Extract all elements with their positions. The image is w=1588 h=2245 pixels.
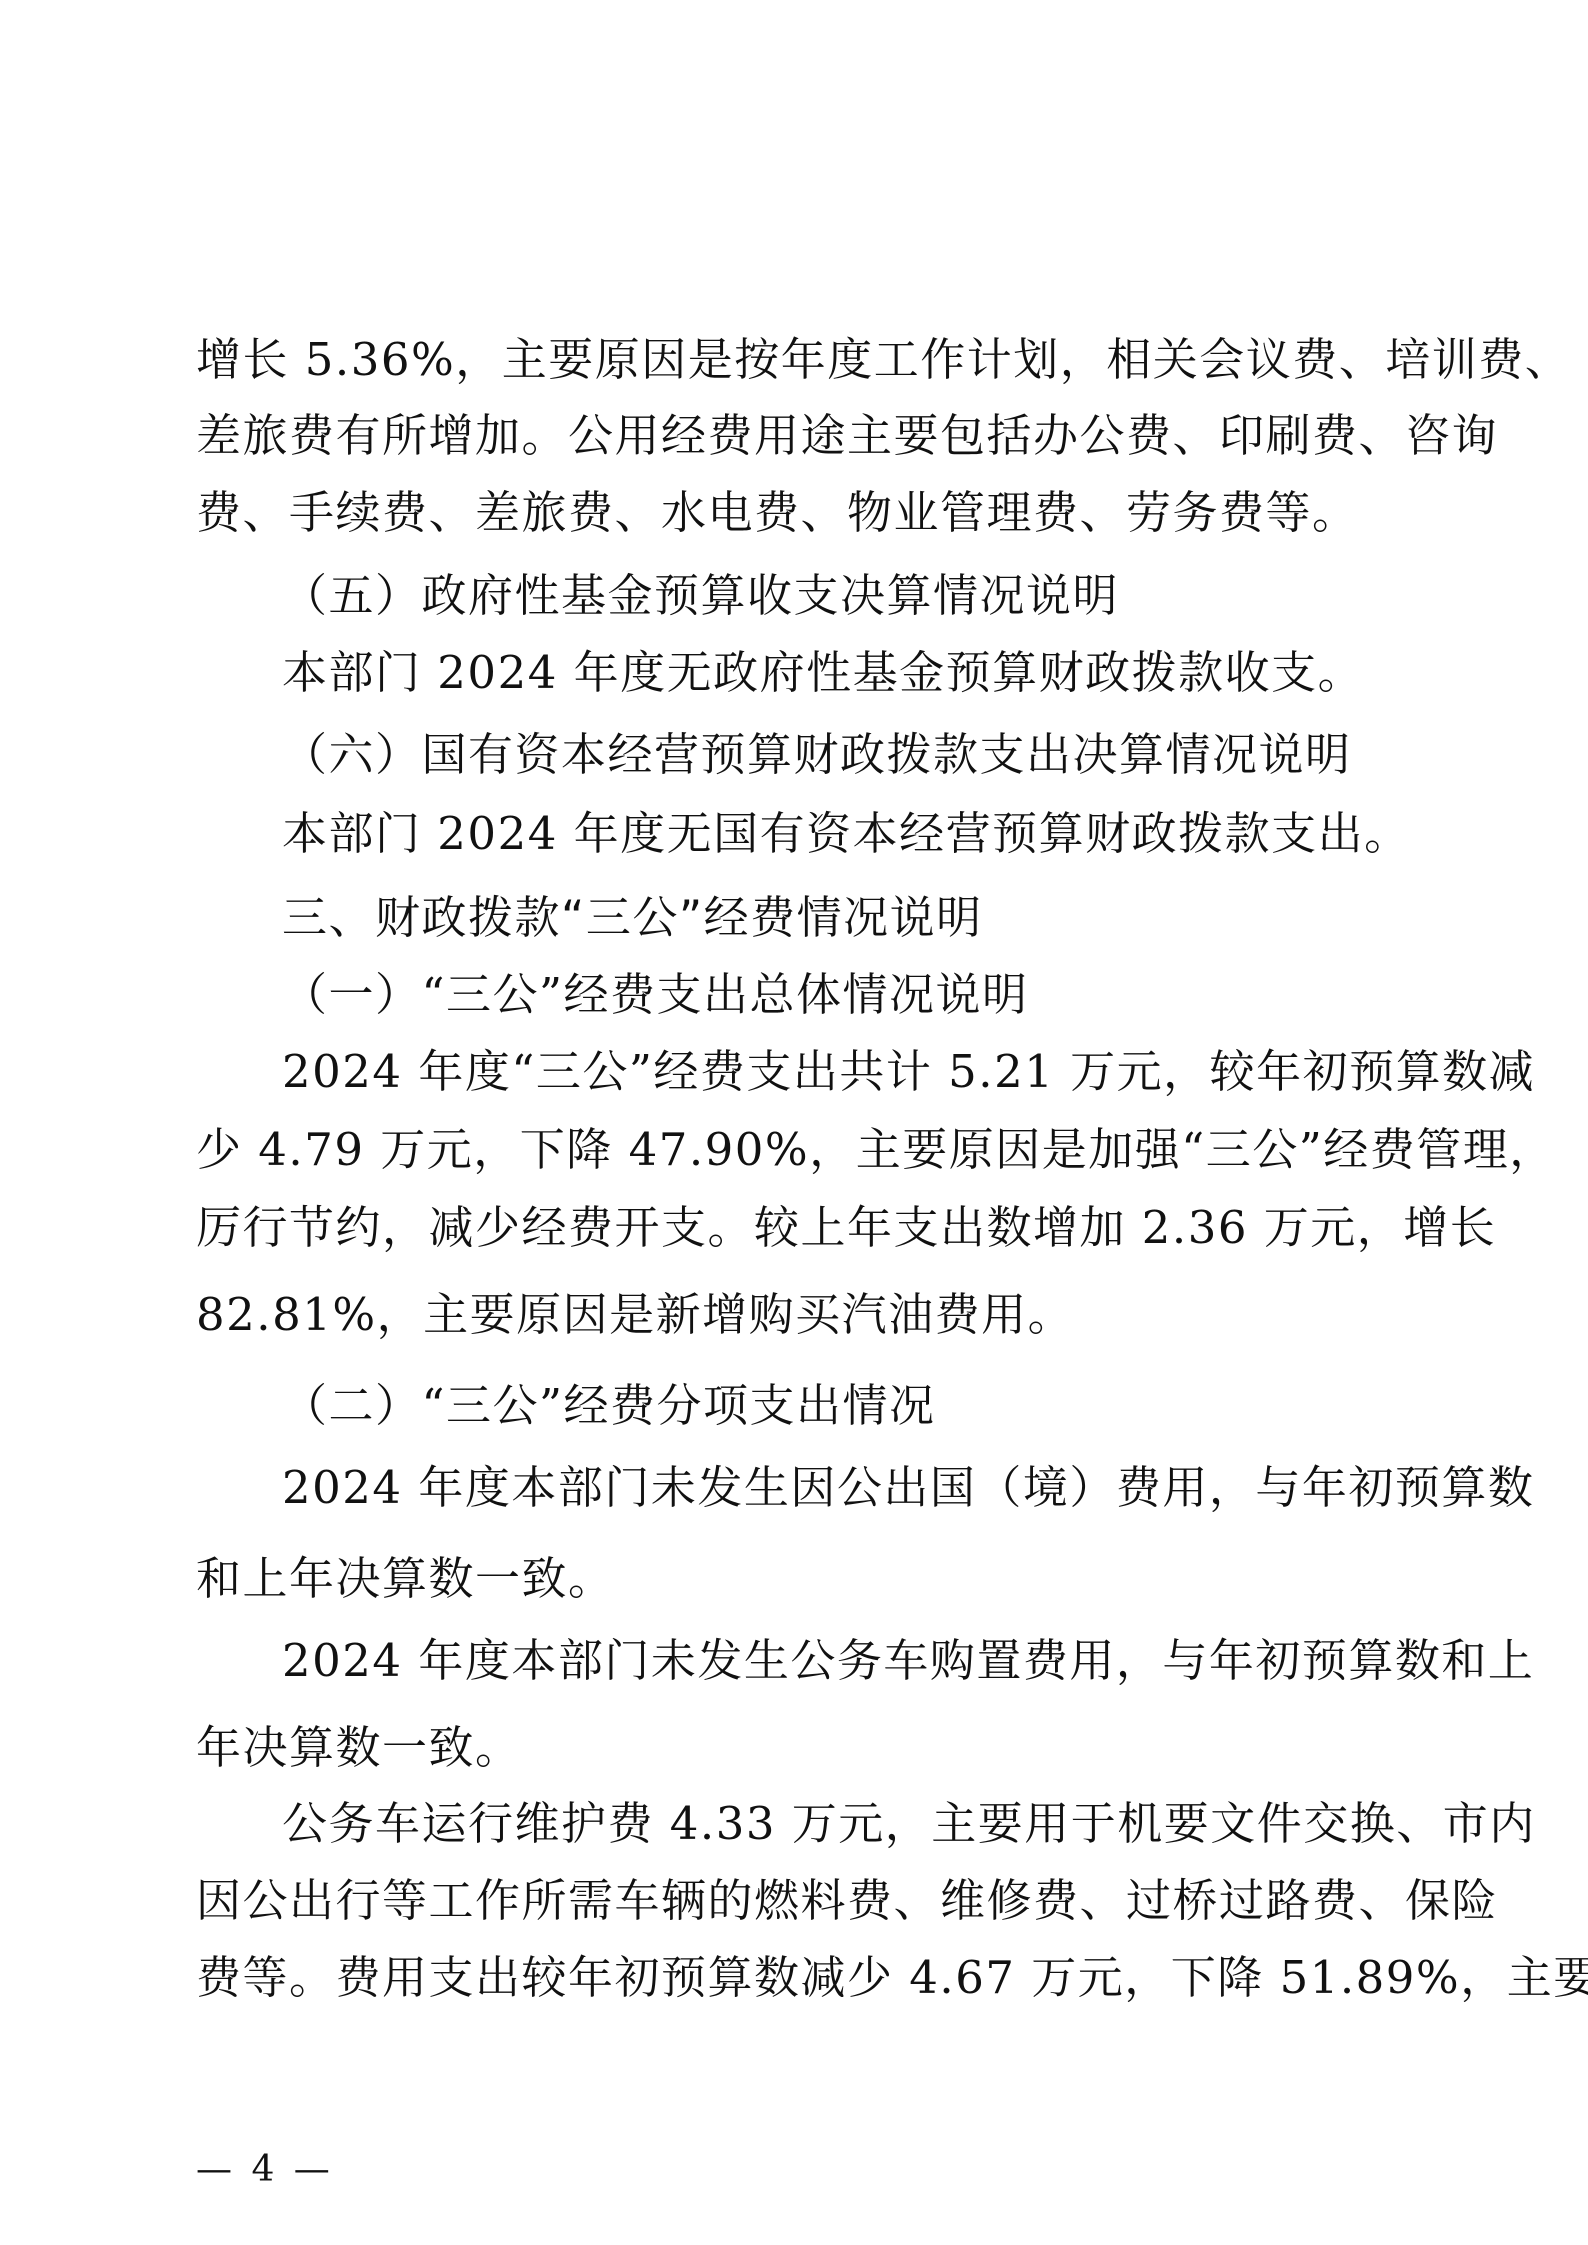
body-line-19: 公务车运行维护费 4.33 万元，主要用于机要文件交换、市内 bbox=[282, 1794, 1482, 1854]
subsection-heading-2: （二）“三公”经费分项支出情况 bbox=[282, 1376, 1482, 1436]
body-line-20: 因公出行等工作所需车辆的燃料费、维修费、过桥过路费、保险 bbox=[196, 1871, 1396, 1931]
body-line-5: 本部门 2024 年度无政府性基金预算财政拨款收支。 bbox=[282, 643, 1482, 703]
body-line-15: 2024 年度本部门未发生因公出国（境）费用，与年初预算数 bbox=[282, 1458, 1482, 1518]
body-line-13: 82.81%，主要原因是新增购买汽油费用。 bbox=[196, 1285, 1396, 1345]
subsection-heading-1: （一）“三公”经费支出总体情况说明 bbox=[282, 965, 1482, 1025]
section-heading-6: （六）国有资本经营预算财政拨款支出决算情况说明 bbox=[282, 725, 1482, 785]
body-line-2: 差旅费有所增加。公用经费用途主要包括办公费、印刷费、咨询 bbox=[196, 406, 1396, 466]
body-line-12: 厉行节约，减少经费开支。较上年支出数增加 2.36 万元，增长 bbox=[196, 1198, 1396, 1258]
page-number: — 4 — bbox=[196, 2140, 334, 2200]
body-line-1: 增长 5.36%，主要原因是按年度工作计划，相关会议费、培训费、 bbox=[196, 330, 1396, 390]
body-line-18: 年决算数一致。 bbox=[196, 1718, 1396, 1778]
body-line-16: 和上年决算数一致。 bbox=[196, 1549, 1396, 1609]
body-line-7: 本部门 2024 年度无国有资本经营预算财政拨款支出。 bbox=[282, 804, 1482, 864]
body-line-10: 2024 年度“三公”经费支出共计 5.21 万元，较年初预算数减 bbox=[282, 1042, 1482, 1102]
body-line-3: 费、手续费、差旅费、水电费、物业管理费、劳务费等。 bbox=[196, 483, 1396, 543]
body-line-21: 费等。费用支出较年初预算数减少 4.67 万元，下降 51.89%，主要 bbox=[196, 1948, 1396, 2008]
chapter-heading-3: 三、财政拨款“三公”经费情况说明 bbox=[282, 888, 1482, 948]
body-line-11: 少 4.79 万元，下降 47.90%，主要原因是加强“三公”经费管理， bbox=[196, 1120, 1396, 1180]
body-line-17: 2024 年度本部门未发生公务车购置费用，与年初预算数和上 bbox=[282, 1631, 1482, 1691]
section-heading-5: （五）政府性基金预算收支决算情况说明 bbox=[282, 566, 1482, 626]
